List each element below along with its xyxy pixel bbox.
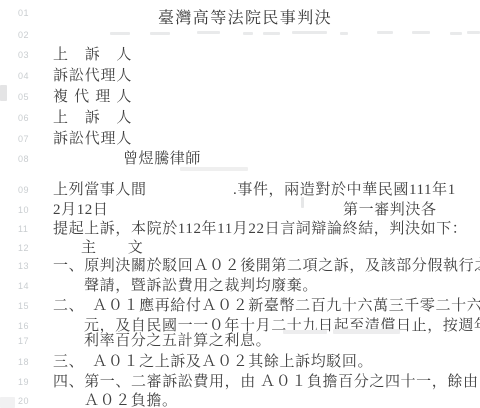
line-number: 19 [18, 377, 36, 388]
line-number: 11 [18, 224, 36, 235]
party-label: 上訴人 [53, 47, 132, 64]
case-date-right: 第一審判決各 [343, 202, 437, 219]
party-row-counsel-2: 訴訟代理人 [53, 131, 132, 148]
case-date-left: 2月12日 [53, 202, 109, 219]
party-row-sub-counsel: 複代理人 [53, 89, 132, 106]
scan-artifact [283, 330, 327, 334]
line-number: 06 [18, 113, 36, 124]
party-label: 上訴人 [53, 110, 132, 127]
line-number: 13 [18, 261, 36, 272]
line-number: 17 [18, 336, 36, 347]
holding-1-line-1: 一、原判決關於駁回Ａ０２後開第二項之訴，及該部分假執行之 [53, 258, 480, 275]
line-number: 18 [18, 357, 36, 368]
party-row-counsel-1: 訴訟代理人 [53, 68, 132, 85]
case-intro-closing: 提起上訴，本院於112年11月22日言詞辯論終結，判決如下： [53, 221, 467, 238]
attorney-name: 曾煜騰律師 [123, 151, 201, 168]
line-number: 15 [18, 301, 36, 312]
holding-3: 三、 Ａ０１之上訴及Ａ０２其餘上訴均駁回。 [53, 354, 373, 371]
line-number: 12 [18, 243, 36, 254]
party-row-appellant-1: 上訴人 [53, 47, 132, 64]
holding-4-line-1: 四、第一、二審訴訟費用，由 Ａ０１負擔百分之四十一，餘由 [53, 374, 479, 391]
line-number: 08 [18, 154, 36, 165]
party-label: 複代理人 [53, 89, 132, 106]
case-intro-right: .事件，兩造對於中華民國111年1 [233, 182, 456, 199]
line-number: 10 [18, 205, 36, 216]
judgment-document: 01 02 03 04 05 06 07 08 09 10 11 12 13 1… [0, 0, 480, 408]
holding-2-line-1: 二、 Ａ０１應再給付Ａ０２新臺幣二百九十六萬三千零二十六 [53, 298, 480, 315]
line-number: 09 [18, 185, 36, 196]
holding-1-line-2: 聲請，暨訴訟費用之裁判均廢棄。 [84, 278, 318, 295]
document-title: 臺灣高等法院民事判決 [158, 5, 332, 28]
holding-2-line-3: 利率百分之五計算之利息。 [84, 333, 271, 350]
scan-artifact [301, 197, 304, 208]
line-number: 14 [18, 281, 36, 292]
party-label: 訴訟代理人 [53, 131, 132, 148]
line-number: 03 [18, 50, 36, 61]
line-number: 05 [18, 92, 36, 103]
holding-4-line-2: Ａ０２負擔。 [84, 393, 178, 408]
line-number: 01 [18, 8, 36, 19]
line-number: 04 [18, 71, 36, 82]
party-row-appellant-2: 上訴人 [53, 110, 132, 127]
scan-artifact [180, 167, 248, 171]
main-text-heading: 主 文 [81, 240, 143, 257]
line-number: 20 [18, 396, 36, 407]
case-intro-left: 上列當事人間 [53, 182, 147, 199]
line-number: 07 [18, 134, 36, 145]
scan-artifact [333, 329, 400, 334]
party-label: 訴訟代理人 [53, 68, 132, 85]
scan-artifact [0, 85, 7, 101]
line-number: 16 [18, 321, 36, 332]
line-number: 02 [18, 30, 36, 41]
scan-artifact [0, 397, 15, 408]
